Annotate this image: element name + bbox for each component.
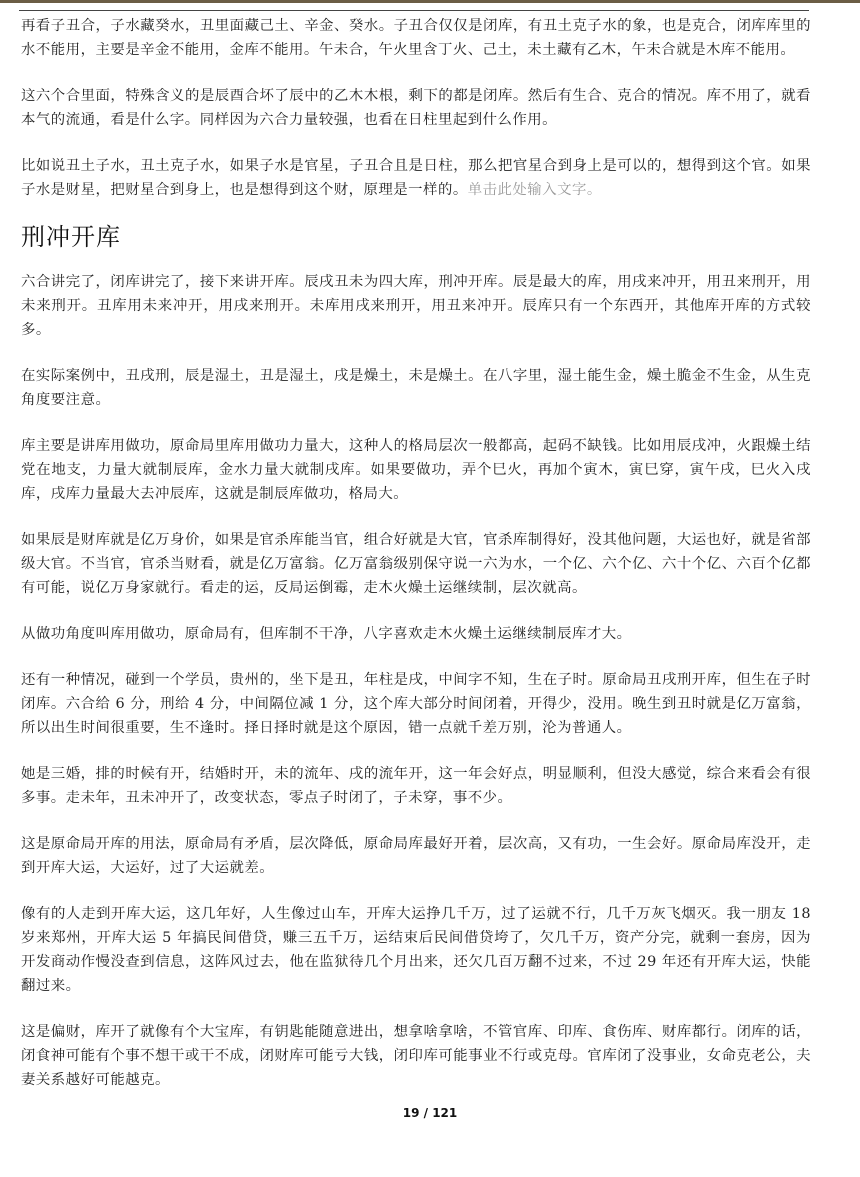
- paragraph: 在实际案例中，丑戌刑，辰是湿土，丑是湿土，戌是燥土，未是燥土。在八字里，湿土能生…: [21, 364, 811, 412]
- paragraph: 再看子丑合，子水藏癸水，丑里面藏己土、辛金、癸水。子丑合仅仅是闭库，有丑土克子水…: [21, 14, 811, 62]
- section-heading: 刑冲开库: [21, 220, 811, 254]
- paragraph: 比如说丑土子水，丑土克子水，如果子水是官星，子丑合且是日柱，那么把官星合到身上是…: [21, 154, 811, 202]
- page-number: 19 / 121: [0, 1106, 860, 1120]
- paragraph: 库主要是讲库用做功，原命局里库用做功力量大，这种人的格局层次一般都高，起码不缺钱…: [21, 434, 811, 506]
- paragraph: 这是偏财，库开了就像有个大宝库，有钥匙能随意进出，想拿啥拿啥，不管官库、印库、食…: [21, 1020, 811, 1092]
- paragraph: 六合讲完了，闭库讲完了，接下来讲开库。辰戌丑未为四大库，刑冲开库。辰是最大的库，…: [21, 270, 811, 342]
- paragraph: 像有的人走到开库大运，这几年好，人生像过山车，开库大运挣几千万，过了运就不行，几…: [21, 902, 811, 998]
- paragraph: 从做功角度叫库用做功，原命局有，但库制不干净，八字喜欢走木火燥土运继续制辰库才大…: [21, 622, 811, 646]
- paragraph: 如果辰是财库就是亿万身价，如果是官杀库能当官，组合好就是大官，官杀库制得好，没其…: [21, 528, 811, 600]
- paragraph-text: 比如说丑土子水，丑土克子水，如果子水是官星，子丑合且是日柱，那么把官星合到身上是…: [21, 158, 811, 198]
- paragraph: 这是原命局开库的用法，原命局有矛盾，层次降低，原命局库最好开着，层次高，又有功，…: [21, 832, 811, 880]
- paragraph: 还有一种情况，碰到一个学员，贵州的，坐下是丑，年柱是戌，中间字不知，生在子时。原…: [21, 668, 811, 740]
- top-border-band: [0, 0, 860, 3]
- content-control-placeholder[interactable]: 单击此处输入文字。: [468, 182, 602, 198]
- paragraph: 这六个合里面，特殊含义的是辰酉合坏了辰中的乙木木根，剩下的都是闭库。然后有生合、…: [21, 84, 811, 132]
- paragraph: 她是三婚，排的时候有开，结婚时开，未的流年、戌的流年开，这一年会好点，明显顺利，…: [21, 762, 811, 810]
- document-page: 再看子丑合，子水藏癸水，丑里面藏己土、辛金、癸水。子丑合仅仅是闭库，有丑土克子水…: [21, 10, 811, 1092]
